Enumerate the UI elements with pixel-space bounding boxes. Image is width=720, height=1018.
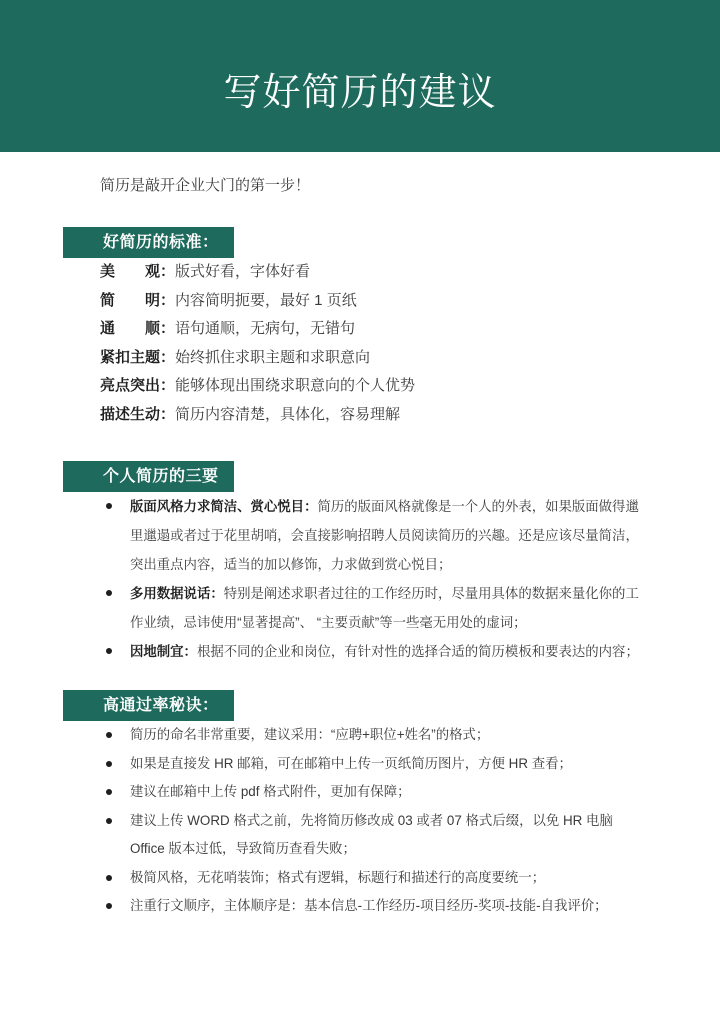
- term-description: 内容简明扼要，最好 1 页纸: [175, 292, 357, 309]
- section-heading-essentials: 个人简历的三要: [63, 461, 234, 492]
- tips-list: 简历的命名非常重要，建议采用：“应聘+职位+姓名”的格式； 如果是直接发 HR …: [100, 721, 651, 921]
- bullet-icon: [106, 789, 112, 795]
- list-item: 简历的命名非常重要，建议采用：“应聘+职位+姓名”的格式；: [100, 721, 651, 750]
- list-item: 美 观：版式好看，字体好看: [100, 258, 650, 287]
- bullet-text: 极简风格，无花哨装饰；格式有逻辑，标题行和描述行的高度要统一；: [130, 870, 545, 885]
- bullet-text: 根据不同的企业和岗位，有针对性的选择合适的简历模板和要表达的内容；: [197, 644, 639, 659]
- intro-text: 简历是敲开企业大门的第一步！: [100, 175, 650, 197]
- list-item: 如果是直接发 HR 邮箱，可在邮箱中上传一页纸简历图片，方便 HR 查看；: [100, 750, 651, 779]
- bullet-icon: [106, 761, 112, 767]
- term-label: 美 观：: [100, 263, 175, 280]
- bullet-text: 建议在邮箱中上传 pdf 格式附件，更加有保障；: [130, 784, 410, 799]
- bullet-text: 注重行文顺序，主体顺序是：基本信息-工作经历-项目经历-奖项-技能-自我评价；: [130, 898, 608, 913]
- bullet-icon: [106, 503, 112, 509]
- list-item: 极简风格，无花哨装饰；格式有逻辑，标题行和描述行的高度要统一；: [100, 864, 651, 893]
- list-item: 建议在邮箱中上传 pdf 格式附件，更加有保障；: [100, 778, 651, 807]
- bullet-label: 因地制宜：: [130, 644, 197, 659]
- standards-list: 美 观：版式好看，字体好看 简 明：内容简明扼要，最好 1 页纸 通 顺：语句通…: [100, 258, 650, 429]
- section-heading-standards: 好简历的标准：: [63, 227, 234, 258]
- list-item: 描述生动：简历内容清楚，具体化，容易理解: [100, 401, 650, 430]
- bullet-text: 简历的命名非常重要，建议采用：“应聘+职位+姓名”的格式；: [130, 727, 489, 742]
- list-item: 版面风格力求简洁、赏心悦目：简历的版面风格就像是一个人的外表，如果版面做得邋里邋…: [100, 492, 651, 579]
- list-item: 简 明：内容简明扼要，最好 1 页纸: [100, 287, 650, 316]
- essentials-list: 版面风格力求简洁、赏心悦目：简历的版面风格就像是一个人的外表，如果版面做得邋里邋…: [100, 492, 651, 666]
- list-item: 注重行文顺序，主体顺序是：基本信息-工作经历-项目经历-奖项-技能-自我评价；: [100, 892, 651, 921]
- list-item: 因地制宜：根据不同的企业和岗位，有针对性的选择合适的简历模板和要表达的内容；: [100, 637, 651, 666]
- bullet-label: 多用数据说话：: [130, 586, 224, 601]
- list-item: 亮点突出：能够体现出围绕求职意向的个人优势: [100, 372, 650, 401]
- list-item: 通 顺：语句通顺，无病句，无错句: [100, 315, 650, 344]
- term-label: 紧扣主题：: [100, 349, 175, 366]
- document-page: 写好简历的建议 简历是敲开企业大门的第一步！ 好简历的标准： 美 观：版式好看，…: [0, 0, 720, 1018]
- term-label: 简 明：: [100, 292, 175, 309]
- term-description: 始终抓住求职主题和求职意向: [175, 349, 370, 366]
- term-description: 简历内容清楚，具体化，容易理解: [175, 406, 400, 423]
- bullet-text: 建议上传 WORD 格式之前，先将简历修改成 03 或者 07 格式后缀，以免 …: [130, 813, 613, 857]
- term-description: 能够体现出围绕求职意向的个人优势: [175, 377, 415, 394]
- term-label: 通 顺：: [100, 320, 175, 337]
- bullet-label: 版面风格力求简洁、赏心悦目：: [130, 499, 317, 514]
- section-heading-tips: 高通过率秘诀：: [63, 690, 234, 721]
- bullet-text: 如果是直接发 HR 邮箱，可在邮箱中上传一页纸简历图片，方便 HR 查看；: [130, 756, 572, 771]
- page-header: 写好简历的建议: [0, 0, 720, 152]
- list-item: 建议上传 WORD 格式之前，先将简历修改成 03 或者 07 格式后缀，以免 …: [100, 807, 651, 864]
- page-title: 写好简历的建议: [0, 71, 720, 115]
- bullet-icon: [106, 648, 112, 654]
- bullet-icon: [106, 903, 112, 909]
- term-description: 语句通顺，无病句，无错句: [175, 320, 355, 337]
- bullet-icon: [106, 875, 112, 881]
- list-item: 多用数据说话：特别是阐述求职者过往的工作经历时，尽量用具体的数据来量化你的工作业…: [100, 579, 651, 637]
- bullet-icon: [106, 732, 112, 738]
- bullet-icon: [106, 590, 112, 596]
- term-label: 亮点突出：: [100, 377, 175, 394]
- bullet-icon: [106, 818, 112, 824]
- term-label: 描述生动：: [100, 406, 175, 423]
- term-description: 版式好看，字体好看: [175, 263, 310, 280]
- list-item: 紧扣主题：始终抓住求职主题和求职意向: [100, 344, 650, 373]
